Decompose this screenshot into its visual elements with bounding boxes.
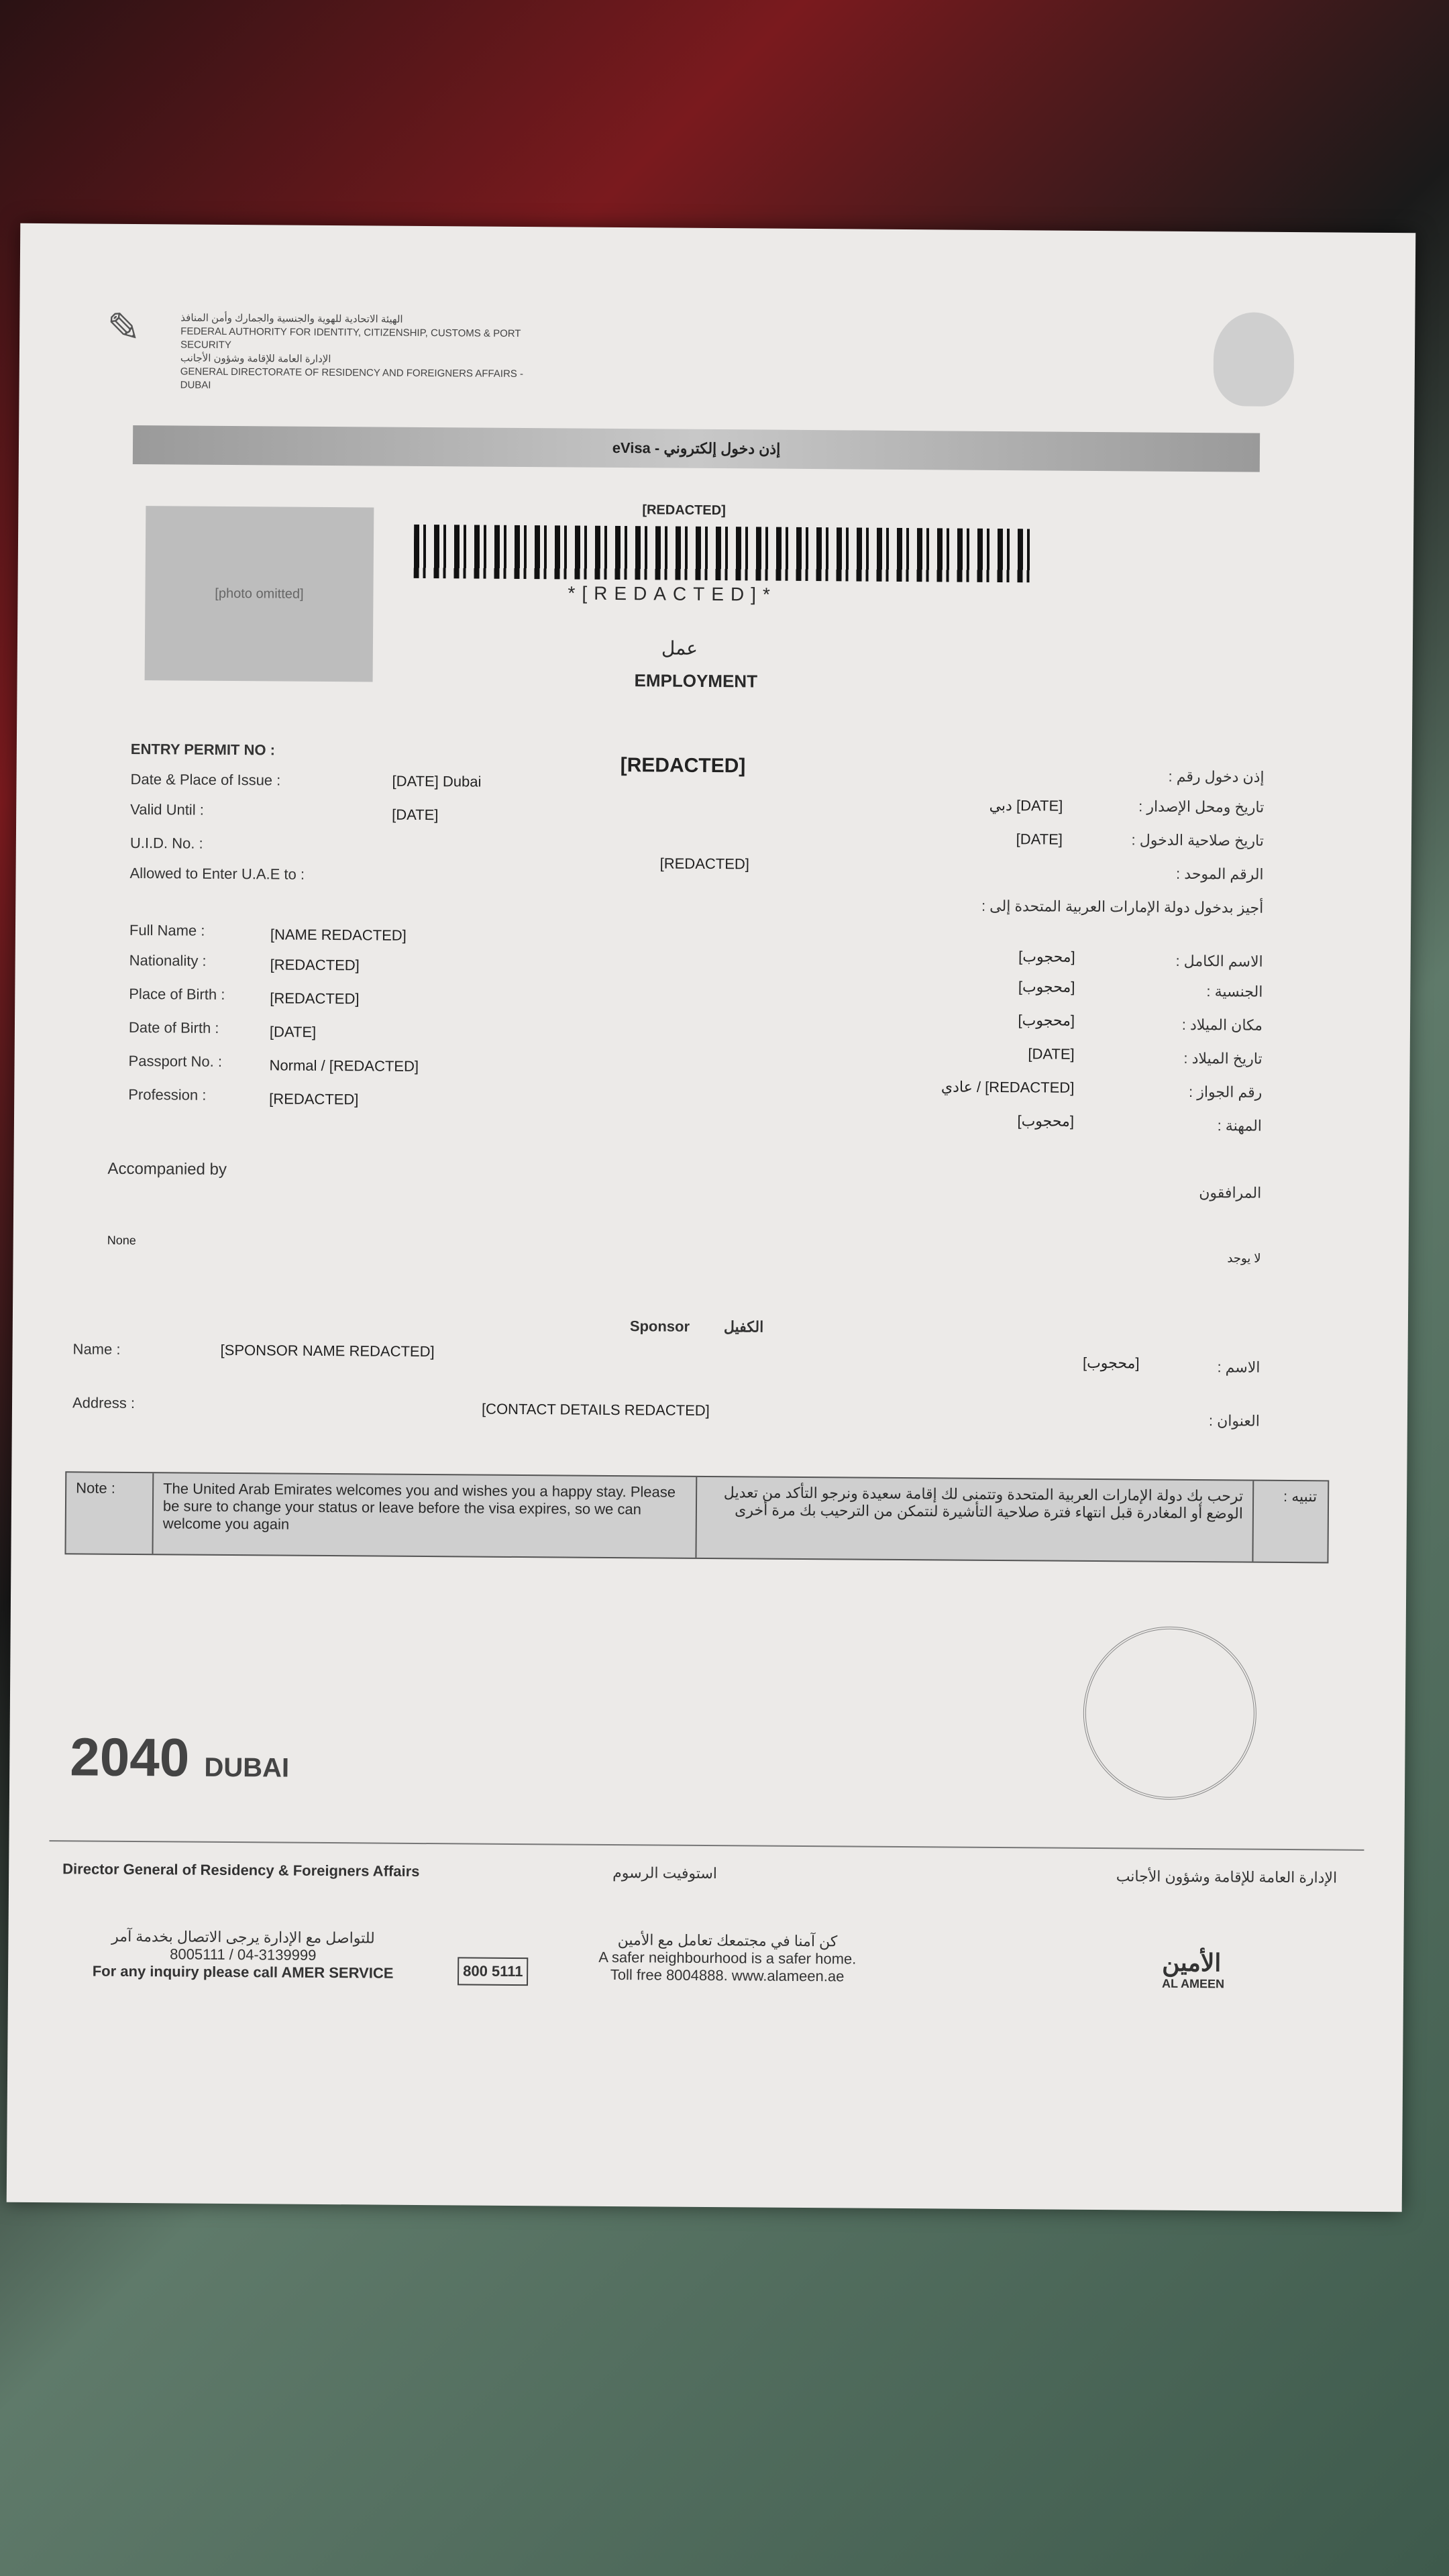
accompanied-label: Accompanied by — [107, 1160, 227, 1179]
footer-directorate-ar: الإدارة العامة للإقامة وشؤون الأجانب — [1116, 1868, 1338, 1886]
footer-signature-ar: استوفيت الرسوم — [612, 1864, 717, 1882]
note-text-en: The United Arab Emirates welcomes you an… — [153, 1473, 697, 1558]
pob-value-ar: [محجوب] — [1018, 1012, 1075, 1030]
uid-label: U.I.D. No. : — [130, 835, 203, 853]
uid-value: [REDACTED] — [660, 855, 749, 873]
dubai-2040-logo: 2040 DUBAI — [70, 1726, 290, 1789]
visa-document: ✎ الهيئة الاتحادية للهوية والجنسية والجم… — [7, 223, 1416, 2212]
dob-value-ar: [DATE] — [1028, 1045, 1074, 1063]
pob-label: Place of Birth : — [129, 985, 225, 1004]
gdrfa-logo-icon: ✎ — [107, 305, 174, 359]
note-label: Note : — [66, 1472, 154, 1554]
sponsor-name-value-ar: [محجوب] — [1083, 1354, 1140, 1373]
alameen-tagline-ar: كن آمنا في مجتمعك تعامل مع الأمين — [598, 1931, 856, 1951]
alameen-tagline-en: A safer neighbourhood is a safer home. — [598, 1949, 856, 1968]
dubai-text: DUBAI — [204, 1753, 289, 1783]
allowed-label: Allowed to Enter U.A.E to : — [129, 865, 305, 883]
issue-label: Date & Place of Issue : — [130, 771, 280, 790]
alameen-brand-ar: الأمين — [1162, 1949, 1221, 1977]
pob-label-ar: مكان الميلاد : — [1182, 1016, 1263, 1034]
nationality-value: [REDACTED] — [270, 956, 360, 974]
visa-type-ar: عمل — [661, 637, 698, 659]
footer-divider — [49, 1840, 1364, 1851]
barcode-text: *[REDACTED]* — [568, 582, 777, 605]
sponsor-address-label: Address : — [72, 1394, 135, 1412]
accompanied-label-ar: المرافقون — [1199, 1184, 1261, 1202]
passport-label: Passport No. : — [129, 1053, 223, 1071]
profession-label: Profession : — [128, 1086, 206, 1104]
footer-contact-numbers: 8005111 / 04-3139999 — [68, 1945, 417, 1965]
footer-contact-ar: للتواصل مع الإدارة يرجى الاتصال بخدمة آم… — [68, 1927, 417, 1947]
valid-label-ar: تاريخ صلاحية الدخول : — [1131, 831, 1264, 849]
visa-type-en: EMPLOYMENT — [634, 670, 757, 692]
profession-label-ar: المهنة : — [1218, 1117, 1263, 1134]
alameen-tollfree: Toll free 8004888. www.alameen.ae — [598, 1966, 856, 1986]
valid-value: [DATE] — [392, 806, 438, 824]
uid-label-ar: الرقم الموحد : — [1176, 865, 1264, 883]
profession-value-ar: [محجوب] — [1017, 1112, 1074, 1130]
name-value-ar: [محجوب] — [1018, 948, 1075, 966]
passport-value-ar: [REDACTED] / عادي — [941, 1078, 1075, 1096]
alameen-logo: الأمين AL AMEEN — [1162, 1949, 1224, 1992]
name-value: [NAME REDACTED] — [270, 926, 407, 944]
barcode-icon — [414, 525, 1032, 582]
issue-label-ar: تاريخ ومحل الإصدار : — [1138, 798, 1264, 816]
sponsor-title-ar: الكفيل — [724, 1318, 764, 1336]
allowed-label-ar: أجيز بدخول دولة الإمارات العربية المتحدة… — [981, 898, 1263, 917]
footer-contact: للتواصل مع الإدارة يرجى الاتصال بخدمة آم… — [68, 1927, 418, 1982]
authority-header: الهيئة الاتحادية للهوية والجنسية والجمار… — [180, 311, 557, 394]
sponsor-title: Sponsor — [630, 1318, 690, 1336]
note-box: Note : The United Arab Emirates welcomes… — [64, 1471, 1329, 1563]
accompanied-value: None — [107, 1234, 136, 1248]
holder-photo: [photo omitted] — [145, 506, 374, 682]
sponsor-name-value: [SPONSOR NAME REDACTED] — [221, 1342, 435, 1360]
dob-label-ar: تاريخ الميلاد : — [1183, 1050, 1262, 1068]
evisa-title-band: eVisa - إذن دخول إلكتروني — [133, 425, 1260, 472]
entry-permit-label: ENTRY PERMIT NO : — [131, 741, 275, 759]
barcode-ref: [REDACTED] — [642, 502, 726, 519]
footer-director: Director General of Residency & Foreigne… — [62, 1860, 419, 1880]
nationality-value-ar: [محجوب] — [1018, 978, 1075, 996]
note-text-ar: ترحب بك دولة الإمارات العربية المتحدة وت… — [696, 1477, 1254, 1562]
footer-contact-en: For any inquiry please call AMER SERVICE — [68, 1962, 417, 1982]
dubai-2040-text: 2040 — [70, 1727, 190, 1787]
dob-label: Date of Birth : — [129, 1019, 219, 1037]
sponsor-name-label-ar: الاسم : — [1217, 1358, 1260, 1376]
uae-emblem-icon — [1213, 312, 1294, 407]
nationality-label-ar: الجنسية : — [1206, 983, 1263, 1001]
valid-value-ar: [DATE] — [1016, 830, 1063, 848]
name-label-ar: الاسم الكامل : — [1175, 953, 1263, 971]
passport-label-ar: رقم الجواز : — [1189, 1083, 1262, 1102]
name-label: Full Name : — [129, 922, 205, 940]
valid-label: Valid Until : — [130, 801, 204, 819]
authority-en: FEDERAL AUTHORITY FOR IDENTITY, CITIZENS… — [180, 325, 556, 354]
entry-permit-value: [REDACTED] — [621, 754, 746, 777]
passport-value: Normal / [REDACTED] — [269, 1057, 419, 1075]
amer-service-badge: 800 5111 — [458, 1957, 529, 1986]
alameen-info: كن آمنا في مجتمعك تعامل مع الأمين A safe… — [598, 1931, 857, 1986]
pob-value: [REDACTED] — [270, 989, 359, 1008]
accompanied-value-ar: لا يوجد — [1227, 1251, 1260, 1265]
sponsor-address-value: [CONTACT DETAILS REDACTED] — [482, 1401, 710, 1419]
issue-value: [DATE] Dubai — [392, 773, 481, 791]
sponsor-address-label-ar: العنوان : — [1209, 1412, 1260, 1430]
dob-value: [DATE] — [270, 1023, 316, 1040]
directorate-en: GENERAL DIRECTORATE OF RESIDENCY AND FOR… — [180, 365, 556, 394]
entry-permit-label-ar: إذن دخول رقم : — [1168, 768, 1264, 786]
profession-value: [REDACTED] — [269, 1090, 358, 1108]
nationality-label: Nationality : — [129, 952, 207, 970]
sponsor-name-label: Name : — [73, 1340, 121, 1358]
note-label-ar: تنبيه : — [1253, 1481, 1326, 1562]
alameen-brand-en: AL AMEEN — [1162, 1977, 1224, 1992]
issue-value-ar: [DATE] دبي — [989, 797, 1063, 815]
official-stamp-icon — [1083, 1626, 1257, 1801]
